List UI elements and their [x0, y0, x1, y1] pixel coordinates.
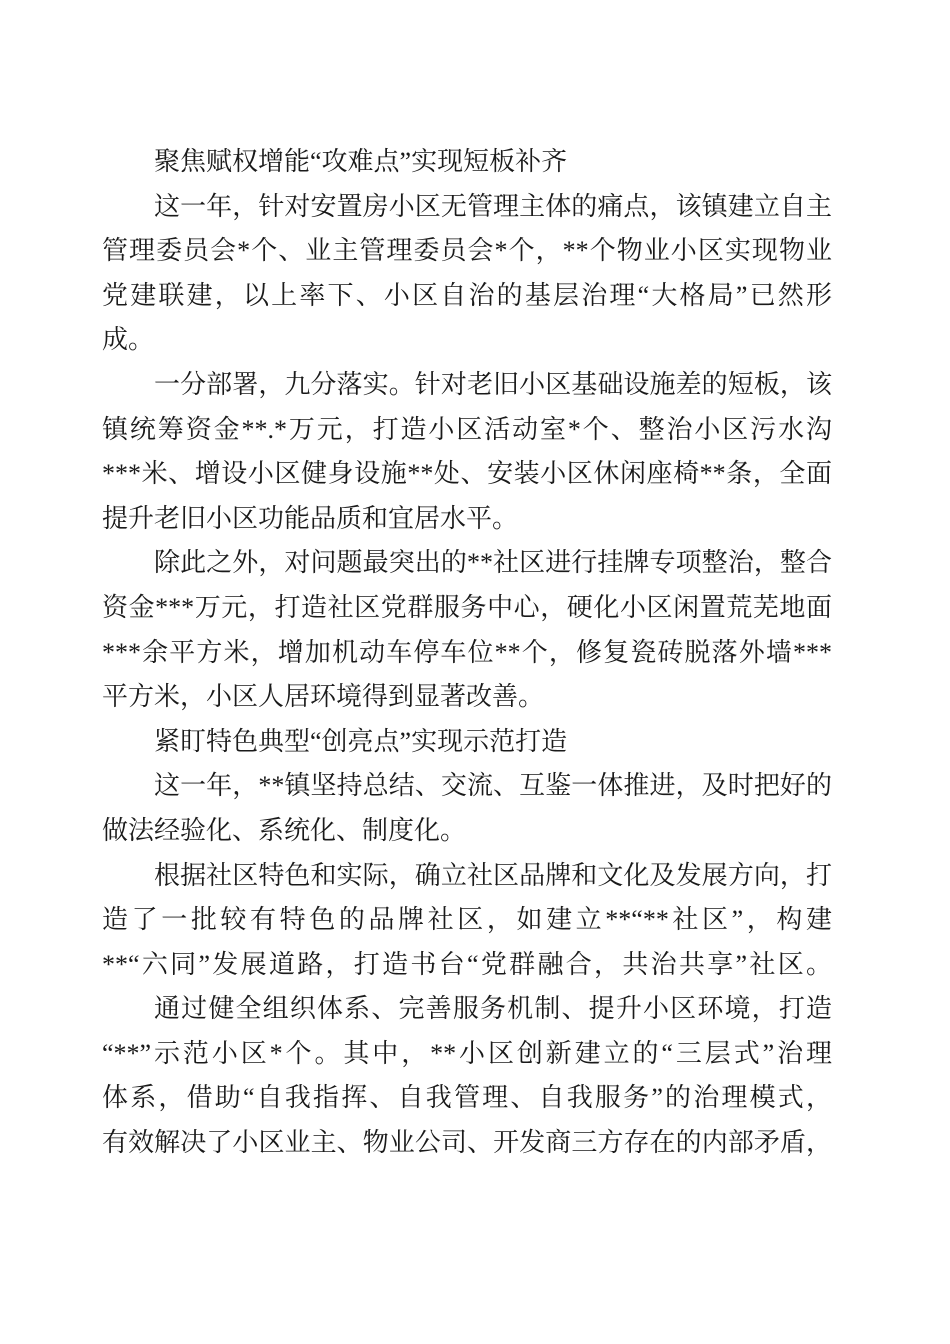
- paragraph-line: 镇统筹资金**.*万元，打造小区活动室*个、整治小区污水沟: [102, 408, 832, 453]
- paragraph-line: 党建联建，以上率下、小区自治的基层治理“大格局”已然形: [102, 274, 832, 319]
- paragraph-line: 平方米，小区人居环境得到显著改善。: [102, 675, 832, 720]
- paragraph-line: 这一年，**镇坚持总结、交流、互鉴一体推进，及时把好的: [102, 764, 832, 809]
- paragraph-line: 资金***万元，打造社区党群服务中心，硬化小区闲置荒芜地面: [102, 586, 832, 631]
- section-heading: 紧盯特色典型“创亮点”实现示范打造: [102, 720, 832, 765]
- paragraph-line: 提升老旧小区功能品质和宜居水平。: [102, 497, 832, 542]
- paragraph-line: 除此之外，对问题最突出的**社区进行挂牌专项整治，整合: [102, 541, 832, 586]
- section-heading: 聚焦赋权增能“攻难点”实现短板补齐: [102, 140, 832, 185]
- paragraph-line: 有效解决了小区业主、物业公司、开发商三方存在的内部矛盾，: [102, 1121, 832, 1166]
- paragraph-line: 一分部署，九分落实。针对老旧小区基础设施差的短板，该: [102, 363, 832, 408]
- paragraph-line: “**”示范小区*个。其中，**小区创新建立的“三层式”治理: [102, 1032, 832, 1077]
- paragraph-line: 这一年，针对安置房小区无管理主体的痛点，该镇建立自主: [102, 185, 832, 230]
- paragraph-line: 体系，借助“自我指挥、自我管理、自我服务”的治理模式，: [102, 1076, 832, 1121]
- paragraph-line: ***米、增设小区健身设施**处、安装小区休闲座椅**条，全面: [102, 452, 832, 497]
- paragraph-line: 通过健全组织体系、完善服务机制、提升小区环境，打造: [102, 987, 832, 1032]
- paragraph-line: ***余平方米，增加机动车停车位**个，修复瓷砖脱落外墙***: [102, 631, 832, 676]
- paragraph-line: 成。: [102, 318, 832, 363]
- paragraph-line: 管理委员会*个、业主管理委员会*个，**个物业小区实现物业: [102, 229, 832, 274]
- paragraph-line: 做法经验化、系统化、制度化。: [102, 809, 832, 854]
- paragraph-line: 造了一批较有特色的品牌社区，如建立**“**社区”，构建: [102, 898, 832, 943]
- paragraph-line: 根据社区特色和实际，确立社区品牌和文化及发展方向，打: [102, 854, 832, 899]
- paragraph-line: **“六同”发展道路，打造书台“党群融合，共治共享”社区。: [102, 943, 832, 988]
- document-body: 聚焦赋权增能“攻难点”实现短板补齐 这一年，针对安置房小区无管理主体的痛点，该镇…: [102, 140, 832, 1166]
